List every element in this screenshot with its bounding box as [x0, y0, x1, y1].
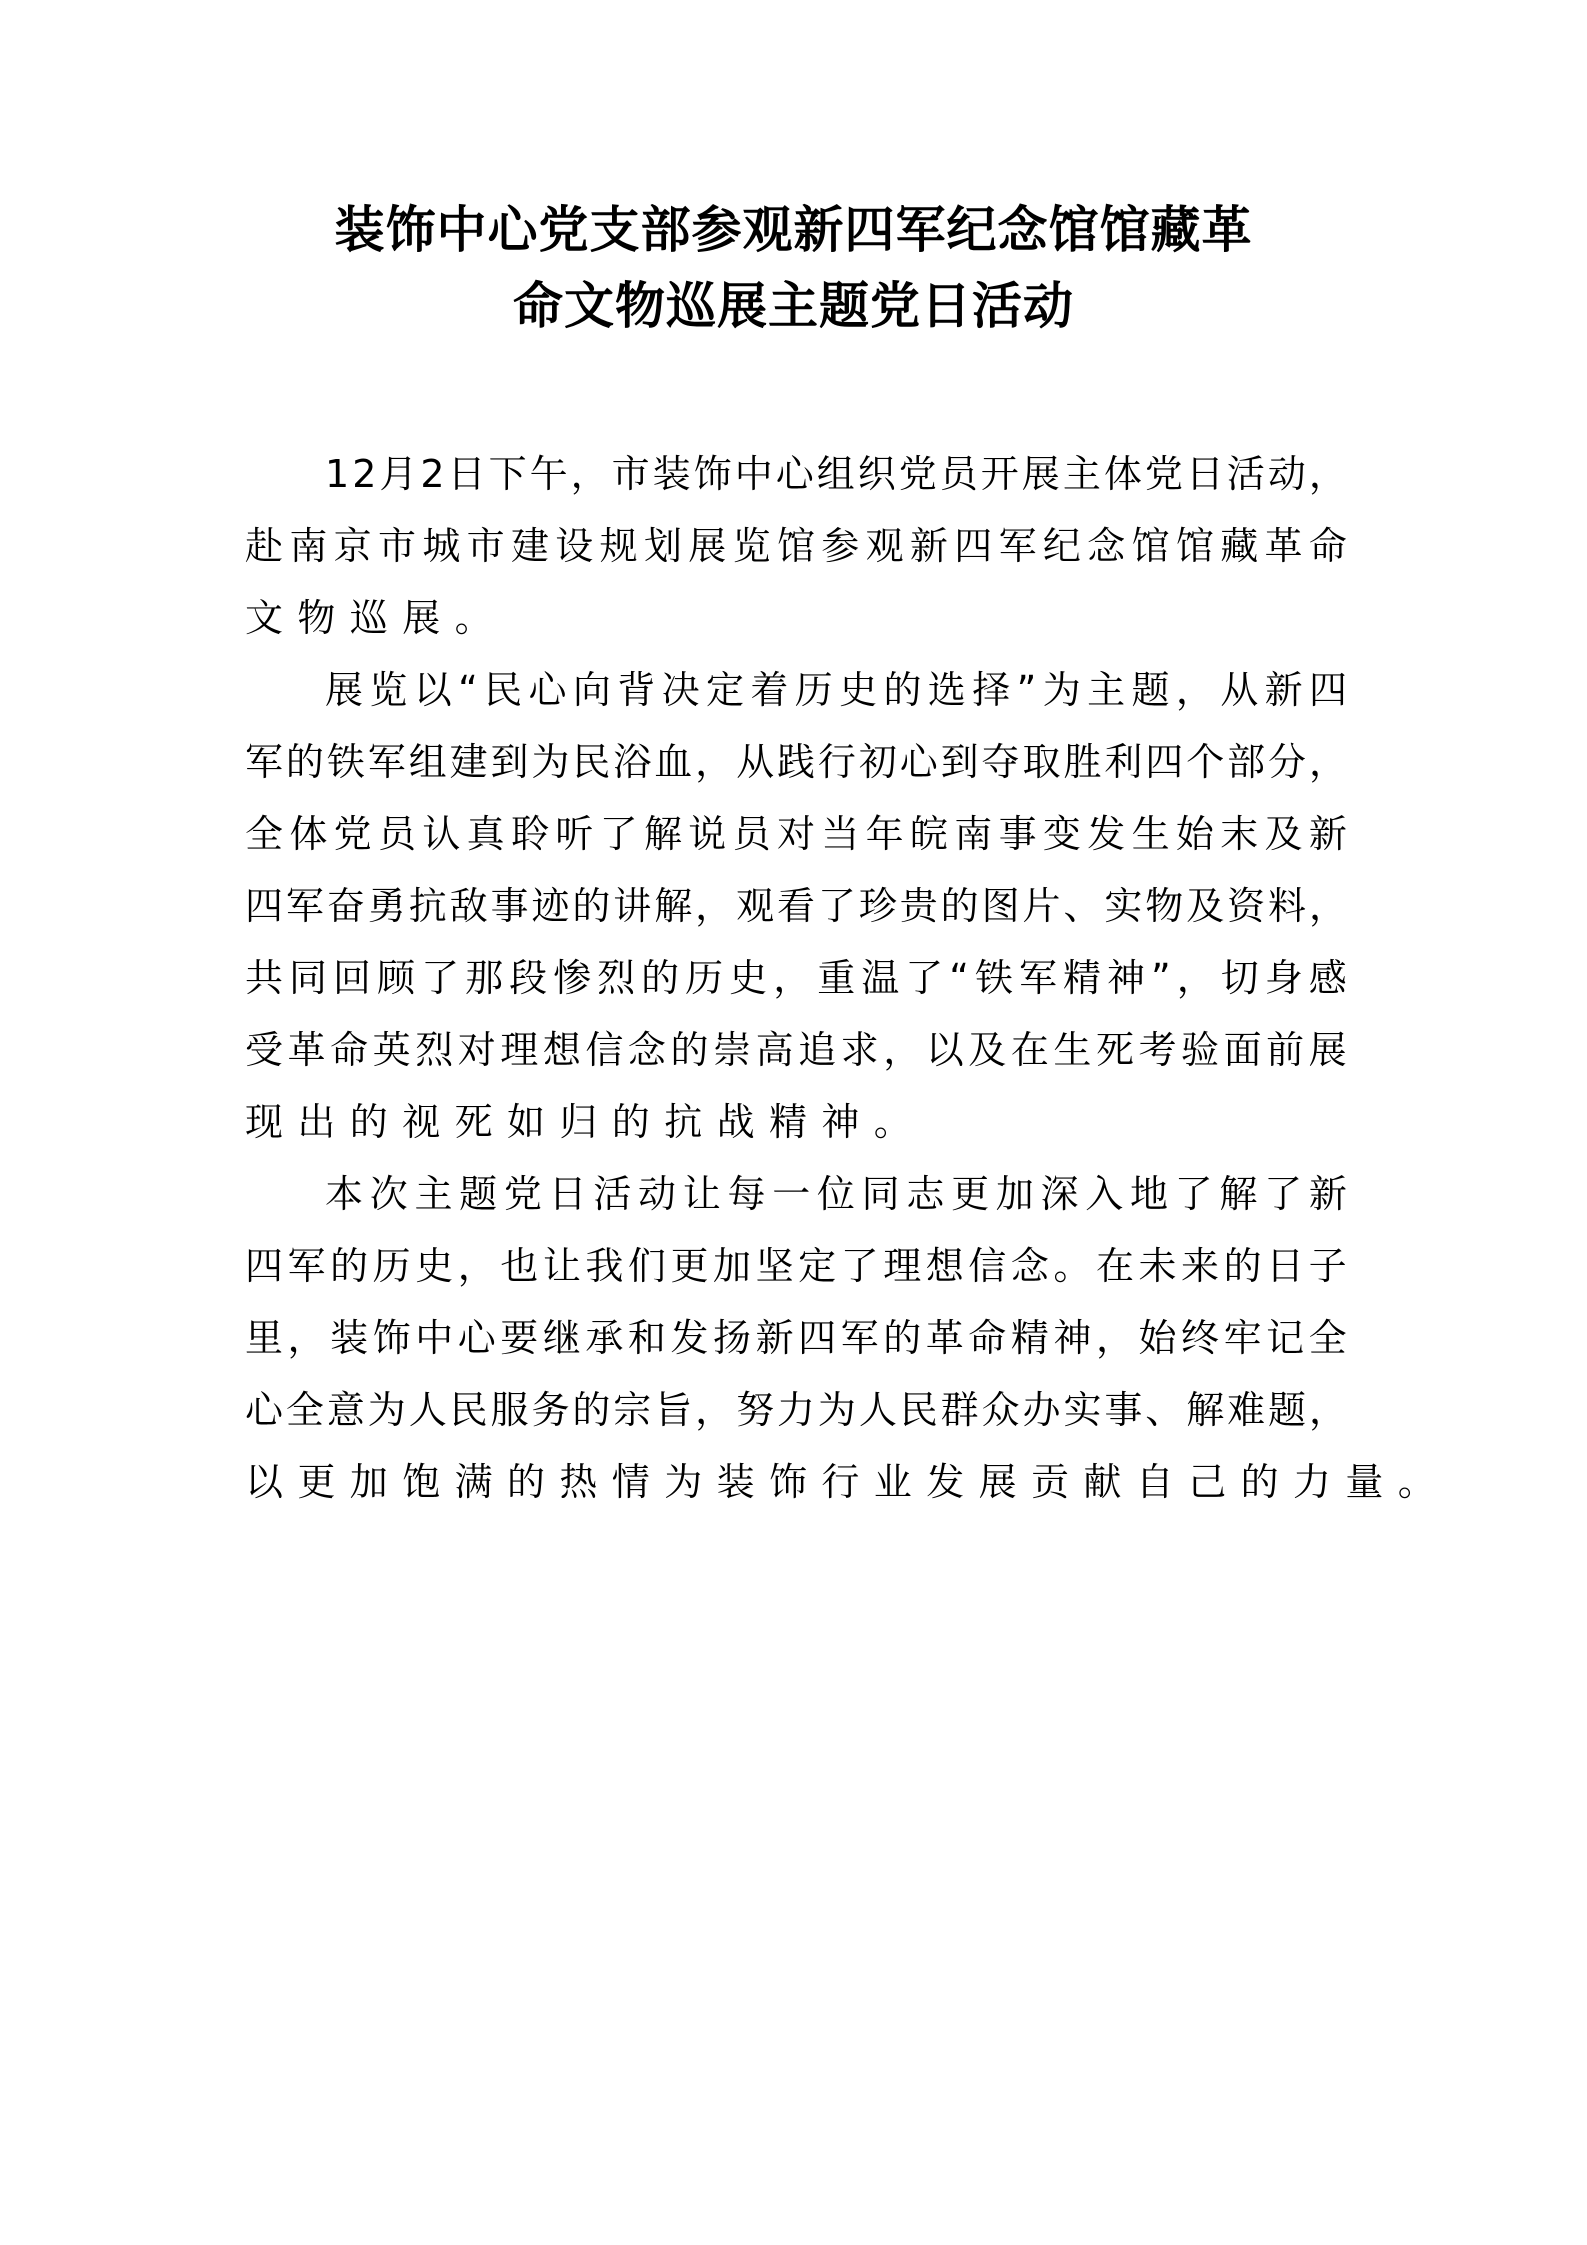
paragraph-line: 现出的视死如归的抗战精神。	[245, 1086, 1347, 1158]
line-chars: 本次主题党日活动让每一位同志更加深入地了解了新	[325, 1158, 1347, 1230]
title-line-2: 命文物巡展主题党日活动	[0, 268, 1587, 344]
paragraph-line: 心全意为人民服务的宗旨，努力为人民群众办实事、解难题，	[245, 1374, 1347, 1446]
paragraph-2: 展览以“民心向背决定着历史的选择”为主题，从新四 军的铁军组建到为民浴血，从践行…	[245, 654, 1347, 1158]
paragraph-3: 本次主题党日活动让每一位同志更加深入地了解了新 四军的历史，也让我们更加坚定了理…	[245, 1158, 1347, 1518]
paragraph-line: 以更加饱满的热情为装饰行业发展贡献自己的力量。	[245, 1446, 1347, 1518]
paragraph-line: 军的铁军组建到为民浴血，从践行初心到夺取胜利四个部分，	[245, 726, 1347, 798]
title-line-1: 装饰中心党支部参观新四军纪念馆馆藏革	[0, 192, 1587, 268]
line-chars: 赴南京市城市建设规划展览馆参观新四军纪念馆馆藏革命	[245, 510, 1347, 582]
line-chars: 受革命英烈对理想信念的崇高追求，以及在生死考验面前展	[245, 1014, 1347, 1086]
line-chars: 军的铁军组建到为民浴血，从践行初心到夺取胜利四个部分，	[245, 726, 1347, 798]
line-chars: 12月2日下午，市装饰中心组织党员开展主体党日活动，	[325, 438, 1347, 510]
paragraph-line: 里，装饰中心要继承和发扬新四军的革命精神，始终牢记全	[245, 1302, 1347, 1374]
line-chars: 心全意为人民服务的宗旨，努力为人民群众办实事、解难题，	[245, 1374, 1347, 1446]
line-chars: 里，装饰中心要继承和发扬新四军的革命精神，始终牢记全	[245, 1302, 1347, 1374]
document-title: 装饰中心党支部参观新四军纪念馆馆藏革 命文物巡展主题党日活动	[0, 192, 1587, 344]
paragraph-line: 共同回顾了那段惨烈的历史，重温了“铁军精神”，切身感	[245, 942, 1347, 1014]
paragraph-line: 本次主题党日活动让每一位同志更加深入地了解了新	[245, 1158, 1347, 1230]
paragraph-line: 展览以“民心向背决定着历史的选择”为主题，从新四	[245, 654, 1347, 726]
line-chars: 四军的历史，也让我们更加坚定了理想信念。在未来的日子	[245, 1230, 1347, 1302]
paragraph-1: 12月2日下午，市装饰中心组织党员开展主体党日活动， 赴南京市城市建设规划展览馆…	[245, 438, 1347, 654]
paragraph-line: 12月2日下午，市装饰中心组织党员开展主体党日活动，	[245, 438, 1347, 510]
paragraph-line: 受革命英烈对理想信念的崇高追求，以及在生死考验面前展	[245, 1014, 1347, 1086]
paragraph-line: 赴南京市城市建设规划展览馆参观新四军纪念馆馆藏革命	[245, 510, 1347, 582]
paragraph-line: 四军奋勇抗敌事迹的讲解，观看了珍贵的图片、实物及资料，	[245, 870, 1347, 942]
document-page: 装饰中心党支部参观新四军纪念馆馆藏革 命文物巡展主题党日活动 12月2日下午，市…	[0, 0, 1587, 2245]
line-chars: 展览以“民心向背决定着历史的选择”为主题，从新四	[325, 654, 1347, 726]
line-chars: 全体党员认真聆听了解说员对当年皖南事变发生始末及新	[245, 798, 1347, 870]
paragraph-line: 全体党员认真聆听了解说员对当年皖南事变发生始末及新	[245, 798, 1347, 870]
line-chars: 四军奋勇抗敌事迹的讲解，观看了珍贵的图片、实物及资料，	[245, 870, 1347, 942]
paragraph-line: 文物巡展。	[245, 582, 1347, 654]
document-body: 12月2日下午，市装饰中心组织党员开展主体党日活动， 赴南京市城市建设规划展览馆…	[245, 438, 1347, 1518]
paragraph-line: 四军的历史，也让我们更加坚定了理想信念。在未来的日子	[245, 1230, 1347, 1302]
line-chars: 共同回顾了那段惨烈的历史，重温了“铁军精神”，切身感	[245, 942, 1347, 1014]
